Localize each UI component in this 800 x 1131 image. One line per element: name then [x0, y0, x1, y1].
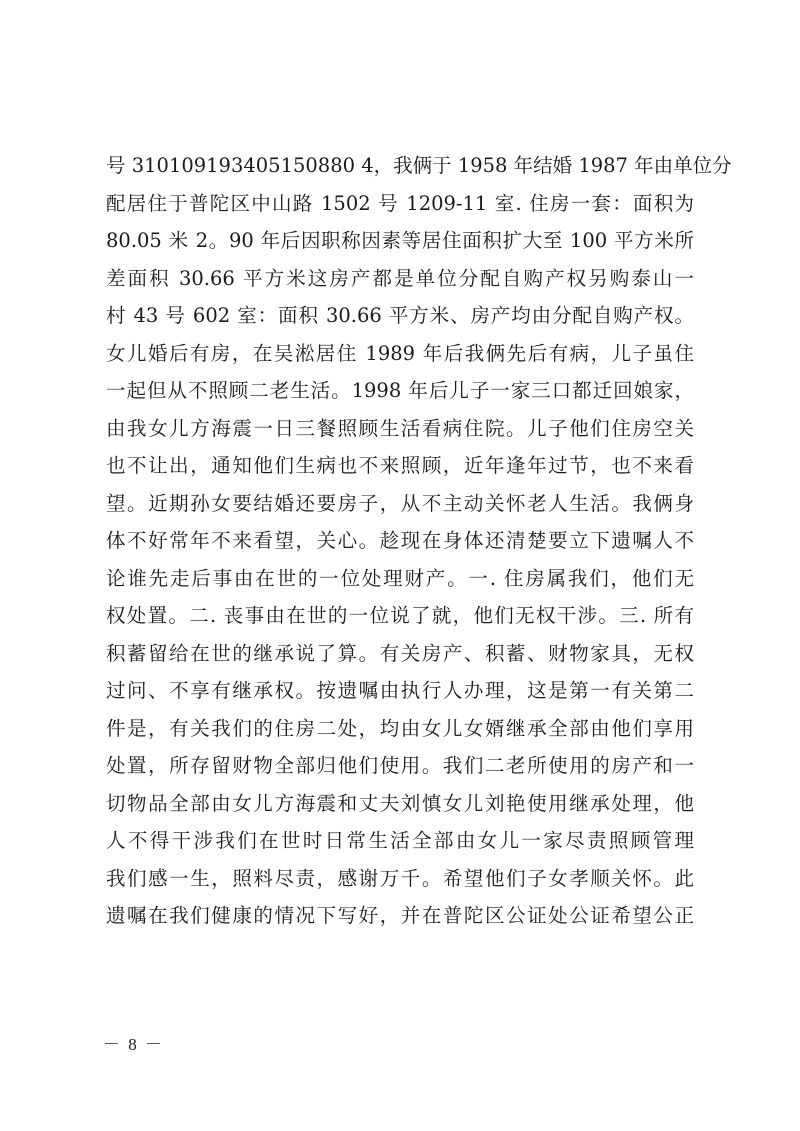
text-line: 一起但从不照顾二老生活。1998 年后儿子一家三口都迁回娘家，: [106, 372, 694, 410]
text-line: 积蓄留给在世的继承说了算。有关房产、积蓄、财物家具，无权: [106, 635, 694, 673]
text-line: 过问、不享有继承权。按遗嘱由执行人办理，这是第一有关第二: [106, 672, 694, 710]
text-line: 也不让出，通知他们生病也不来照顾，近年逢年过节，也不来看: [106, 447, 694, 485]
text-line: 望。近期孙女要结婚还要房子，从不主动关怀老人生活。我俩身: [106, 485, 694, 523]
text-line: 号 310109193405150880 4，我俩于 1958 年结婚 1987…: [106, 147, 694, 185]
text-line: 由我女儿方海震一日三餐照顾生活看病住院。儿子他们住房空关: [106, 410, 694, 448]
text-line: 女儿婚后有房，在吴淞居住 1989 年后我俩先后有病，儿子虽住: [106, 335, 694, 373]
text-line: 配居住于普陀区中山路 1502 号 1209-11 室. 住房一套：面积为: [106, 185, 694, 223]
text-line: 我们感一生，照料尽责，感谢万千。希望他们子女孝顺关怀。此: [106, 860, 694, 898]
text-line: 权处置。二. 丧事由在世的一位说了就，他们无权干涉。三. 所有: [106, 597, 694, 635]
text-line: 体不好常年不来看望，关心。趁现在身体还清楚要立下遗嘱人不: [106, 522, 694, 560]
text-line: 切物品全部由女儿方海震和丈夫刘慎女儿刘艳使用继承处理，他: [106, 785, 694, 823]
document-page: 号 310109193405150880 4，我俩于 1958 年结婚 1987…: [0, 0, 800, 1131]
text-line: 村 43 号 602 室：面积 30.66 平方米、房产均由分配自购产权。: [106, 297, 694, 335]
text-line: 80.05 米 2。90 年后因职称因素等居住面积扩大至 100 平方米所: [106, 222, 694, 260]
text-line: 人不得干涉我们在世时日常生活全部由女儿一家尽责照顾管理: [106, 822, 694, 860]
page-number: － 8 －: [103, 1030, 164, 1055]
text-line: 差面积 30.66 平方米这房产都是单位分配自购产权另购泰山一: [106, 260, 694, 298]
document-body: 号 310109193405150880 4，我俩于 1958 年结婚 1987…: [106, 147, 694, 935]
text-line: 处置，所存留财物全部归他们使用。我们二老所使用的房产和一: [106, 747, 694, 785]
text-line: 论谁先走后事由在世的一位处理财产。一. 住房属我们，他们无: [106, 560, 694, 598]
text-line: 件是，有关我们的住房二处，均由女儿女婿继承全部由他们享用: [106, 710, 694, 748]
text-line: 遗嘱在我们健康的情况下写好，并在普陀区公证处公证希望公正: [106, 897, 694, 935]
